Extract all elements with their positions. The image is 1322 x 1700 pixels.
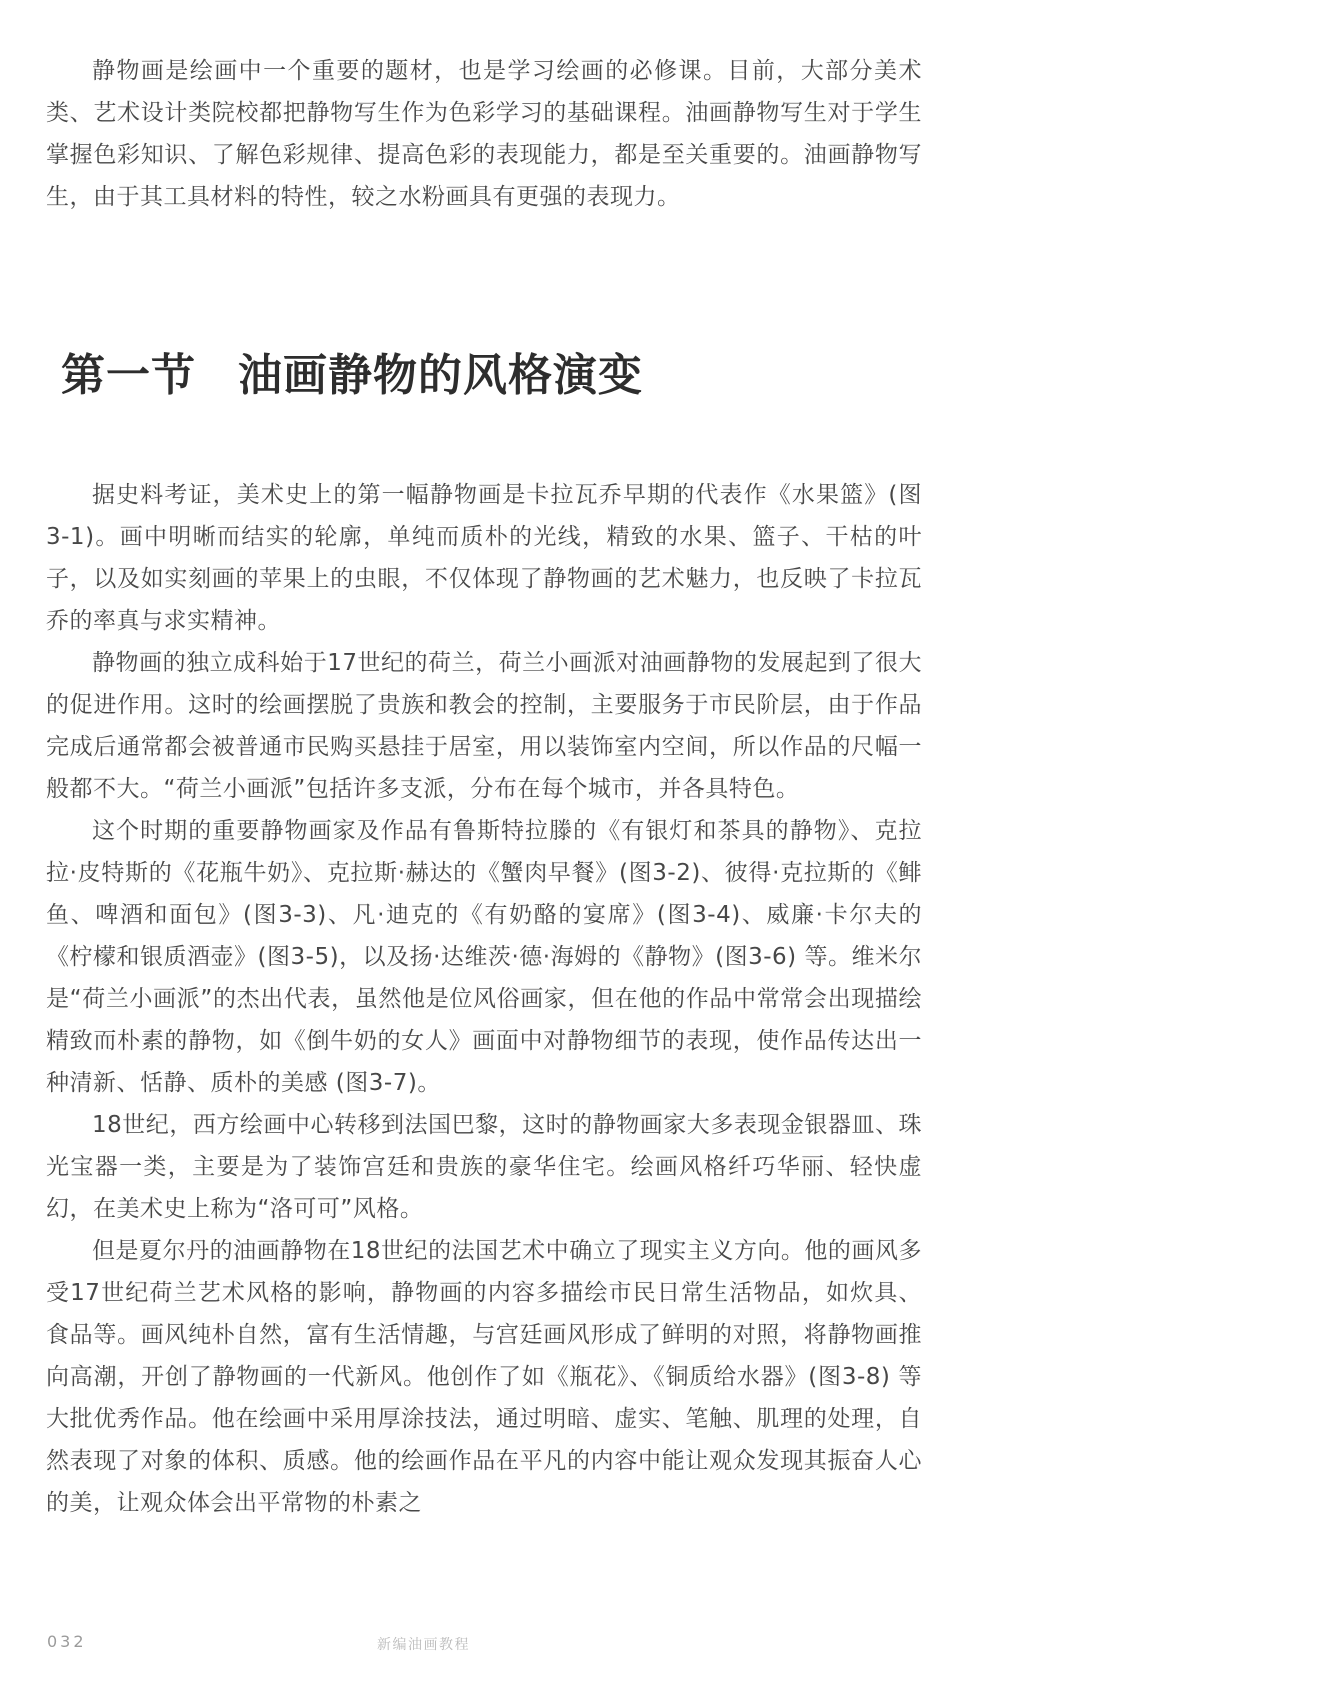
page-footer: 032 新编油画教程 <box>0 1632 1322 1662</box>
book-title: 新编油画教程 <box>377 1634 470 1654</box>
book-page: 静物画是绘画中一个重要的题材，也是学习绘画的必修课。目前，大部分美术类、艺术设计… <box>0 0 1322 1700</box>
page-number: 032 <box>47 1632 87 1651</box>
body-text: 据史料考证，美术史上的第一幅静物画是卡拉瓦乔早期的代表作《水果篮》(图3-1)。… <box>46 474 922 1524</box>
intro-block: 静物画是绘画中一个重要的题材，也是学习绘画的必修课。目前，大部分美术类、艺术设计… <box>46 50 922 218</box>
section-heading: 第一节油画静物的风格演变 <box>61 350 643 402</box>
body-paragraph: 据史料考证，美术史上的第一幅静物画是卡拉瓦乔早期的代表作《水果篮》(图3-1)。… <box>46 474 922 642</box>
section-number: 第一节 <box>61 350 196 401</box>
body-paragraph: 静物画的独立成科始于17世纪的荷兰，荷兰小画派对油画静物的发展起到了很大的促进作… <box>46 642 922 810</box>
intro-paragraph: 静物画是绘画中一个重要的题材，也是学习绘画的必修课。目前，大部分美术类、艺术设计… <box>46 50 922 218</box>
body-paragraph: 18世纪，西方绘画中心转移到法国巴黎，这时的静物画家大多表现金银器皿、珠光宝器一… <box>46 1104 922 1230</box>
section-title: 油画静物的风格演变 <box>238 350 643 401</box>
body-paragraph: 这个时期的重要静物画家及作品有鲁斯特拉滕的《有银灯和茶具的静物》、克拉拉·皮特斯… <box>46 810 922 1104</box>
body-paragraph: 但是夏尔丹的油画静物在18世纪的法国艺术中确立了现实主义方向。他的画风多受17世… <box>46 1230 922 1524</box>
